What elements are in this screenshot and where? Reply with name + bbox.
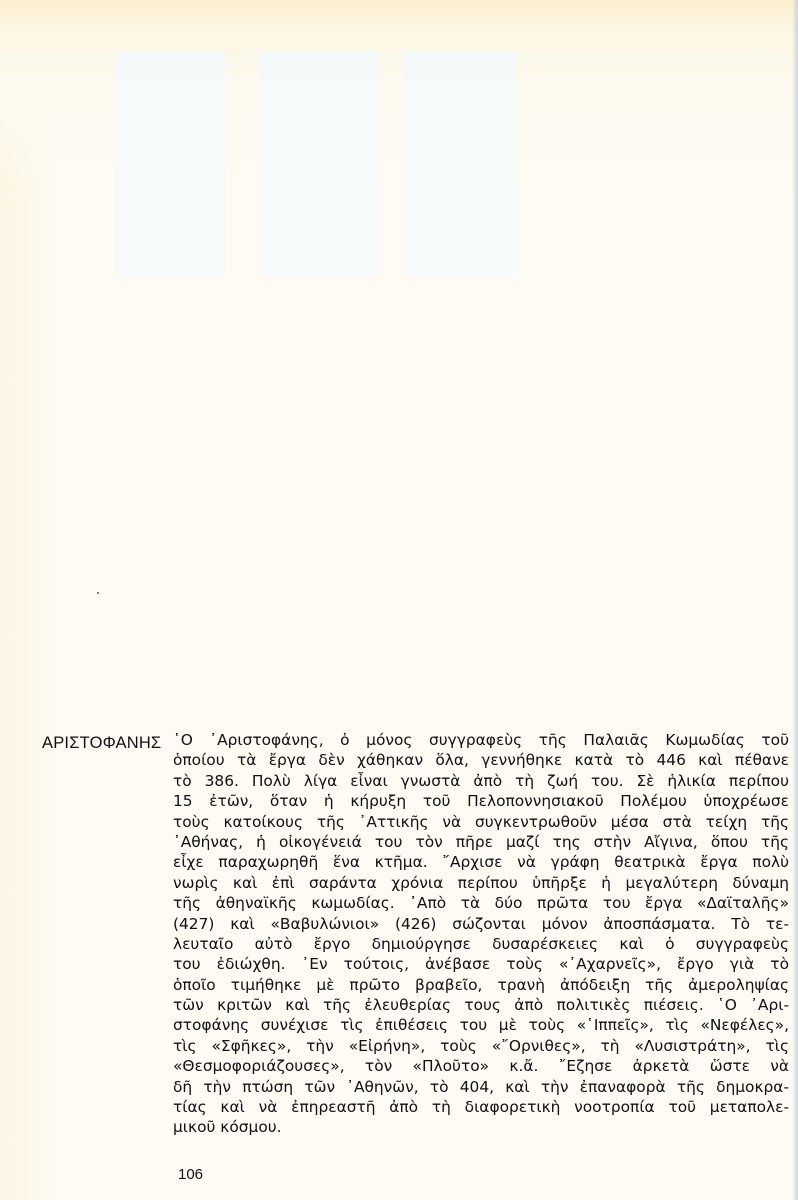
scan-edge (792, 0, 798, 1200)
paragraph-line: τῶν κριτῶν καὶ τῆς ἐλευθερίας τους ἀπὸ π… (173, 995, 789, 1015)
show-through-image-center (258, 50, 378, 275)
paragraph-line: τίας καὶ νὰ ἐπηρεαστῆ ἀπὸ τὴ διαφορετικὴ… (173, 1097, 789, 1117)
paragraph-line: τῆς ἀθηναϊκῆς κωμωδίας. ᾿Απὸ τὰ δύο πρῶτ… (173, 893, 789, 913)
paragraph-line: «Θεσμοφοριάζουσες», τὸν «Πλοῦτο» κ.ἄ. ῎Ε… (173, 1056, 789, 1076)
scan-speck (97, 592, 99, 594)
paragraph-line: του ἐδιώχθη. ᾿Εν τούτοις, ἀνέβασε τοὺς «… (173, 954, 789, 974)
paragraph-line: στοφάνης συνέχισε τὶς ἐπιθέσεις του μὲ τ… (173, 1015, 789, 1035)
show-through-image-right (402, 50, 514, 275)
paragraph-line: ᾿Αθήνας, ἡ οἰκογένειά του τὸν πῆρε μαζί … (173, 832, 789, 852)
paragraph-line: 15 ἐτῶν, ὅταν ἡ κήρυξη τοῦ Πελοποννησιακ… (173, 791, 789, 811)
paragraph-line: τὶς «Σφῆκες», τὴν «Εἰρήνη», τοὺς «῎Ορνιθ… (173, 1036, 789, 1056)
paragraph-line: νωρὶς καὶ ἐπὶ σαράντα χρόνια περίπου ὑπῆ… (173, 873, 789, 893)
paragraph-line: ὁποίου τὰ ἔργα δὲν χάθηκαν ὅλα, γεννήθηκ… (173, 750, 789, 770)
paragraph-line: τὸ 386. Πολὺ λίγα εἶναι γνωστὰ ἀπὸ τὴ ζω… (173, 771, 789, 791)
page-number: 106 (178, 1166, 203, 1183)
paragraph-line: ῾Ο ᾿Αριστοφάνης, ὁ μόνος συγγραφεὺς τῆς … (173, 730, 789, 750)
paragraph-line: λευταῖο αὐτὸ ἔργο δημιούργησε δυσαρέσκει… (173, 934, 789, 954)
paragraph-line: εἶχε παραχωρηθῆ ἕνα κτῆμα. ῎Αρχισε νὰ γρ… (173, 852, 789, 872)
paragraph-line: ὁποῖο τιμήθηκε μὲ πρῶτο βραβεῖο, τρανὴ ἀ… (173, 975, 789, 995)
margin-heading: ΑΡΙΣΤΟΦΑΝΗΣ (42, 734, 161, 753)
body-paragraph: ῾Ο ᾿Αριστοφάνης, ὁ μόνος συγγραφεὺς τῆς … (173, 730, 789, 1138)
paragraph-line: μικοῦ κόσμου. (173, 1117, 789, 1137)
paragraph-line: δῆ τὴν πτώση τῶν ᾿Αθηνῶν, τὸ 404, καὶ τὴ… (173, 1077, 789, 1097)
paragraph-line: (427) καὶ «Βαβυλώνιοι» (426) σώζονται μό… (173, 914, 789, 934)
paragraph-line: τοὺς κατοίκους τῆς ᾿Αττικῆς νὰ συγκεντρω… (173, 812, 789, 832)
show-through-image-left (115, 50, 225, 275)
